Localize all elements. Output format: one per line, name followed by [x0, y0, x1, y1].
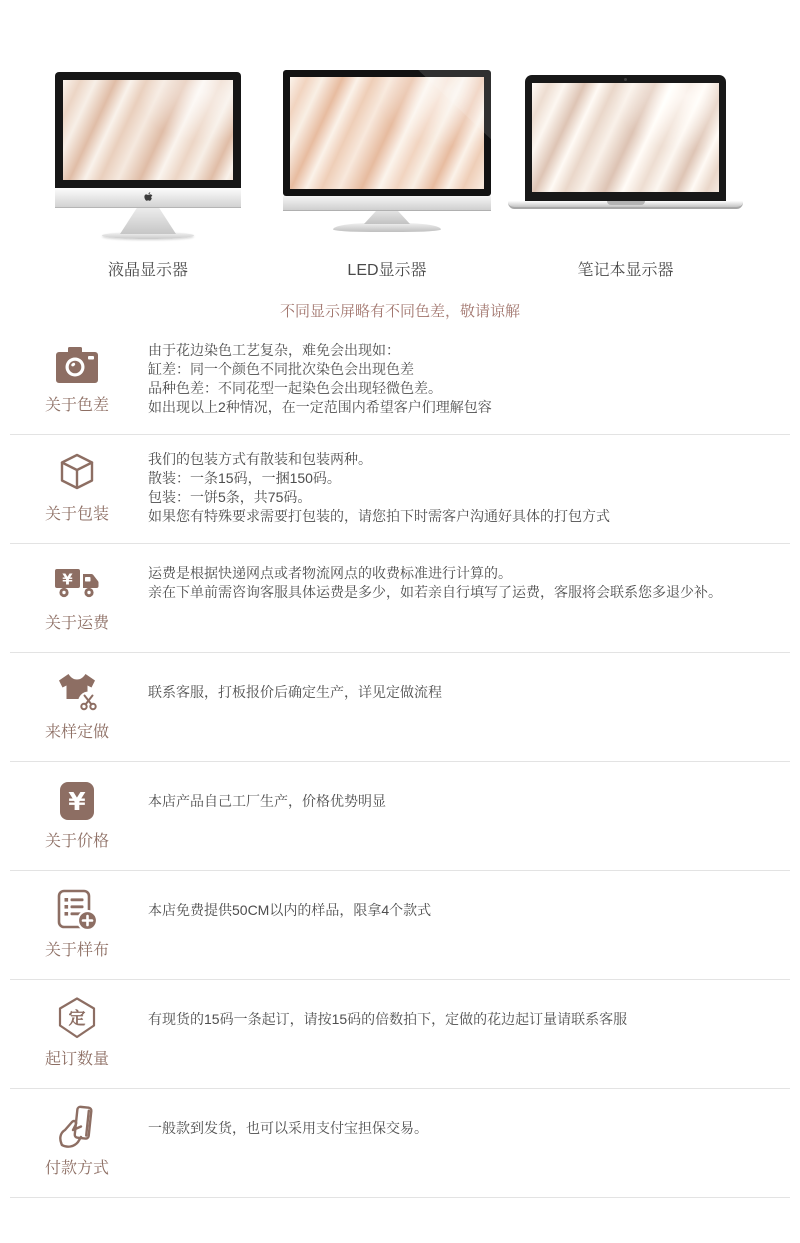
- text-line: 散装：一条15码，一捆150码。: [148, 469, 610, 488]
- text-line: 一般款到发货，也可以采用支付宝担保交易。: [148, 1119, 428, 1138]
- silk-fabric-image: [290, 77, 484, 189]
- silk-fabric-image: [63, 80, 233, 180]
- text-line: 如果您有特殊要求需要打包装的，请您拍下时需客户沟通好具体的打包方式: [148, 507, 610, 526]
- section-icon-column: 付款方式: [44, 1104, 110, 1178]
- section-title: 关于色差: [45, 392, 109, 415]
- section-icon-column: ¥ 关于运费: [44, 559, 110, 633]
- text-line: 运费是根据快递网点或者物流网点的收费标准进行计算的。: [148, 564, 722, 583]
- section-minimum-order: 定 起订数量 有现货的15码一条起订，请按15码的倍数拍下，定做的花边起订量请联…: [10, 980, 790, 1089]
- apple-logo-icon: [144, 192, 153, 203]
- section-title: 关于价格: [45, 828, 109, 851]
- section-title: 关于样布: [45, 937, 109, 960]
- laptop-base: [508, 201, 743, 209]
- lcd-monitor-label: 液晶显示器: [55, 257, 241, 280]
- section-icon-column: ¥ 关于价格: [44, 777, 110, 851]
- hexagon-order-icon: 定: [53, 995, 101, 1043]
- camera-icon: [53, 341, 101, 389]
- text-line: 包装：一饼5条，共75码。: [148, 488, 610, 507]
- text-line: 品种色差：不同花型一起染色会出现轻微色差。: [148, 379, 492, 398]
- led-monitor-illustration: [283, 70, 491, 232]
- section-color-difference: 关于色差 由于花边染色工艺复杂，难免会出现如： 缸差：同一个颜色不同批次染色会出…: [10, 326, 790, 435]
- text-line: 我们的包装方式有散装和包装两种。: [148, 450, 610, 469]
- text-line: 由于花边染色工艺复杂，难免会出现如：: [148, 341, 492, 360]
- lcd-monitor-chin: [55, 188, 241, 208]
- text-line: 缸差：同一个颜色不同批次染色会出现色差: [148, 360, 492, 379]
- text-line: 有现货的15码一条起订，请按15码的倍数拍下，定做的花边起订量请联系客服: [148, 1010, 627, 1029]
- section-title: 关于包装: [45, 501, 109, 524]
- silk-fabric-image: [532, 83, 719, 192]
- section-icon-column: 关于色差: [44, 341, 110, 415]
- section-title: 付款方式: [45, 1155, 109, 1178]
- laptop-illustration: [508, 75, 743, 209]
- section-text: 一般款到发货，也可以采用支付宝担保交易。: [148, 1104, 428, 1152]
- section-title: 关于运费: [45, 610, 109, 633]
- section-text: 联系客服，打板报价后确定生产，详见定做流程: [148, 668, 442, 716]
- section-text: 运费是根据快递网点或者物流网点的收费标准进行计算的。 亲在下单前需咨询客服具体运…: [148, 559, 722, 607]
- lcd-monitor-stand: [120, 208, 176, 234]
- section-text: 本店免费提供50CM以内的样品，限拿4个款式: [148, 886, 431, 934]
- section-title: 来样定做: [45, 719, 109, 742]
- section-text: 我们的包装方式有散装和包装两种。 散装：一条15码，一捆150码。 包装：一饼5…: [148, 450, 610, 526]
- package-cube-icon: [53, 450, 101, 498]
- section-icon-column: 关于包装: [44, 450, 110, 524]
- freight-truck-icon: ¥: [53, 559, 101, 607]
- section-title: 起订数量: [45, 1046, 109, 1069]
- yuan-glyph: ¥: [62, 571, 73, 589]
- color-difference-notice: 不同显示屏略有不同色差，敬请谅解: [0, 300, 800, 324]
- section-payment: 付款方式 一般款到发货，也可以采用支付宝担保交易。: [10, 1089, 790, 1198]
- led-monitor-base: [333, 223, 441, 232]
- laptop-label: 笔记本显示器: [508, 257, 743, 280]
- led-monitor-label: LED显示器: [283, 257, 491, 280]
- section-text: 本店产品自己工厂生产，价格优势明显: [148, 777, 386, 825]
- info-sections: 关于色差 由于花边染色工艺复杂，难免会出现如： 缸差：同一个颜色不同批次染色会出…: [0, 326, 800, 1198]
- text-line: 如出现以上2种情况，在一定范围内希望客户们理解包容: [148, 398, 492, 417]
- hand-card-payment-icon: [53, 1104, 101, 1152]
- text-line: 联系客服，打板报价后确定生产，详见定做流程: [148, 683, 442, 702]
- section-icon-column: 定 起订数量: [44, 995, 110, 1069]
- text-line: 本店免费提供50CM以内的样品，限拿4个款式: [148, 901, 431, 920]
- order-glyph: 定: [69, 1008, 86, 1029]
- text-line: 本店产品自己工厂生产，价格优势明显: [148, 792, 386, 811]
- led-monitor-chin: [283, 196, 491, 211]
- lcd-monitor-screen: [55, 72, 241, 188]
- text-line: 亲在下单前需咨询客服具体运费是多少，如若亲自行填写了运费，客服将会联系您多退少补…: [148, 583, 722, 602]
- section-icon-column: 来样定做: [44, 668, 110, 742]
- led-monitor-screen: [283, 70, 491, 196]
- display-comparison-banner: 液晶显示器 LED显示器 笔记本显示器: [0, 0, 800, 300]
- section-custom-sample: 来样定做 联系客服，打板报价后确定生产，详见定做流程: [10, 653, 790, 762]
- section-shipping: ¥ 关于运费 运费是根据快递网点或者物流网点的收费标准进行计算的。 亲在下单前需…: [10, 544, 790, 653]
- section-text: 有现货的15码一条起订，请按15码的倍数拍下，定做的花边起订量请联系客服: [148, 995, 627, 1043]
- sample-list-plus-icon: [53, 886, 101, 934]
- section-price: ¥ 关于价格 本店产品自己工厂生产，价格优势明显: [10, 762, 790, 871]
- section-sample-fabric: 关于样布 本店免费提供50CM以内的样品，限拿4个款式: [10, 871, 790, 980]
- lcd-monitor-illustration: [55, 72, 241, 239]
- webcam-dot-icon: [624, 78, 627, 81]
- led-monitor-stand: [364, 211, 410, 224]
- laptop-screen: [525, 75, 726, 201]
- section-packaging: 关于包装 我们的包装方式有散装和包装两种。 散装：一条15码，一捆150码。 包…: [10, 435, 790, 544]
- section-icon-column: 关于样布: [44, 886, 110, 960]
- yuan-glyph: ¥: [68, 787, 86, 816]
- tshirt-scissors-icon: [53, 668, 101, 716]
- section-text: 由于花边染色工艺复杂，难免会出现如： 缸差：同一个颜色不同批次染色会出现色差 品…: [148, 341, 492, 417]
- yuan-badge-icon: ¥: [53, 777, 101, 825]
